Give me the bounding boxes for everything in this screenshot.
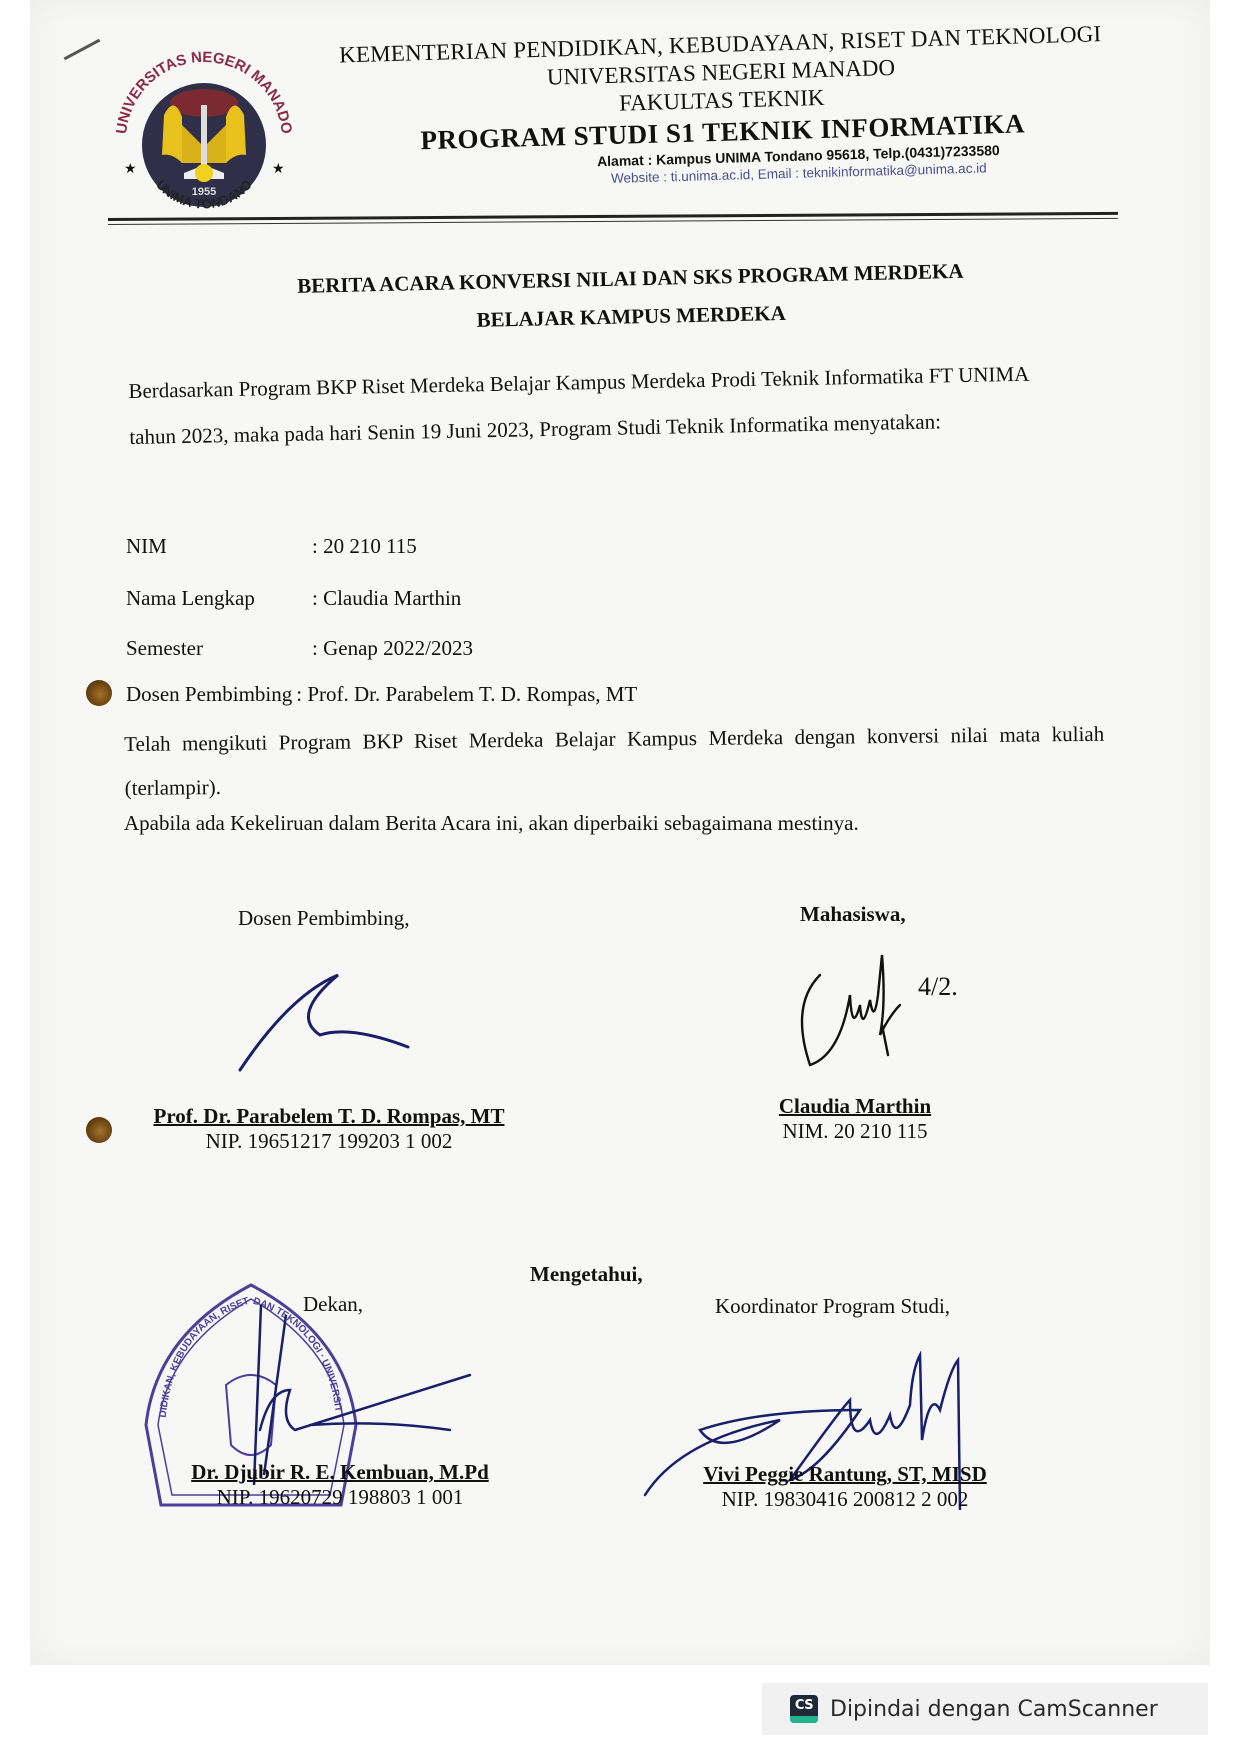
student-nim: NIM. 20 210 115 (760, 1119, 950, 1144)
field-full-name: Nama Lengkap: Claudia Marthin (126, 584, 461, 612)
dean-role: Dekan, (303, 1292, 363, 1317)
punch-hole-stain (86, 1117, 112, 1143)
dean-nip: NIP. 19620729 198803 1 001 (170, 1485, 510, 1510)
coordinator-name: Vivi Peggie Rantung, ST, MISD (680, 1462, 1010, 1487)
field-supervisor: Dosen Pembimbing: Prof. Dr. Parabelem T.… (126, 680, 637, 708)
supervisor-signature (230, 965, 420, 1075)
field-value: : 20 210 115 (312, 534, 417, 558)
field-label: Nama Lengkap (126, 584, 312, 612)
statement-paragraph: Telah mengikuti Program BKP Riset Merdek… (124, 712, 1105, 810)
supervisor-nip: NIP. 19651217 199203 1 002 (134, 1129, 524, 1154)
student-block: Claudia Marthin NIM. 20 210 115 (760, 1094, 950, 1144)
student-signature: 4/2. (790, 945, 1000, 1080)
svg-text:★: ★ (272, 162, 285, 177)
field-label: Semester (126, 634, 312, 662)
camscanner-logo-icon: CS (790, 1695, 818, 1723)
university-emblem-icon: 1955 UNIVERSITAS NEGERI MANADO UNIMA TON… (104, 45, 304, 220)
svg-text:4/2.: 4/2. (918, 972, 958, 1001)
field-value: : Prof. Dr. Parabelem T. D. Rompas, MT (296, 682, 637, 706)
field-label: NIM (126, 532, 312, 560)
field-label: Dosen Pembimbing (126, 682, 292, 706)
punch-hole-stain (86, 680, 112, 706)
supervisor-name: Prof. Dr. Parabelem T. D. Rompas, MT (134, 1104, 524, 1129)
closing-paragraph: Apabila ada Kekeliruan dalam Berita Acar… (124, 808, 859, 838)
acknowledged-label: Mengetahui, (530, 1262, 643, 1287)
field-value: : Genap 2022/2023 (312, 636, 473, 660)
svg-text:★: ★ (124, 162, 137, 177)
camscanner-watermark: CS Dipindai dengan CamScanner (762, 1683, 1208, 1735)
coordinator-nip: NIP. 19830416 200812 2 002 (680, 1487, 1010, 1512)
field-semester: Semester: Genap 2022/2023 (126, 634, 473, 662)
field-nim: NIM: 20 210 115 (126, 532, 417, 560)
coordinator-block: Vivi Peggie Rantung, ST, MISD NIP. 19830… (680, 1462, 1010, 1512)
field-value: : Claudia Marthin (312, 586, 461, 610)
supervisor-role: Dosen Pembimbing, (238, 906, 410, 931)
letterhead: KEMENTERIAN PENDIDIKAN, KEBUDAYAAN, RISE… (320, 20, 1124, 196)
student-name: Claudia Marthin (760, 1094, 950, 1119)
intro-paragraph: Berdasarkan Program BKP Riset Merdeka Be… (128, 350, 1060, 460)
watermark-text: Dipindai dengan CamScanner (830, 1697, 1158, 1722)
dean-name: Dr. Djubir R. E. Kembuan, M.Pd (170, 1460, 510, 1485)
coordinator-role: Koordinator Program Studi, (715, 1294, 950, 1319)
dean-signature (250, 1370, 480, 1450)
student-role: Mahasiswa, (800, 902, 906, 927)
dean-block: Dr. Djubir R. E. Kembuan, M.Pd NIP. 1962… (170, 1460, 510, 1510)
supervisor-block: Prof. Dr. Parabelem T. D. Rompas, MT NIP… (134, 1104, 524, 1154)
